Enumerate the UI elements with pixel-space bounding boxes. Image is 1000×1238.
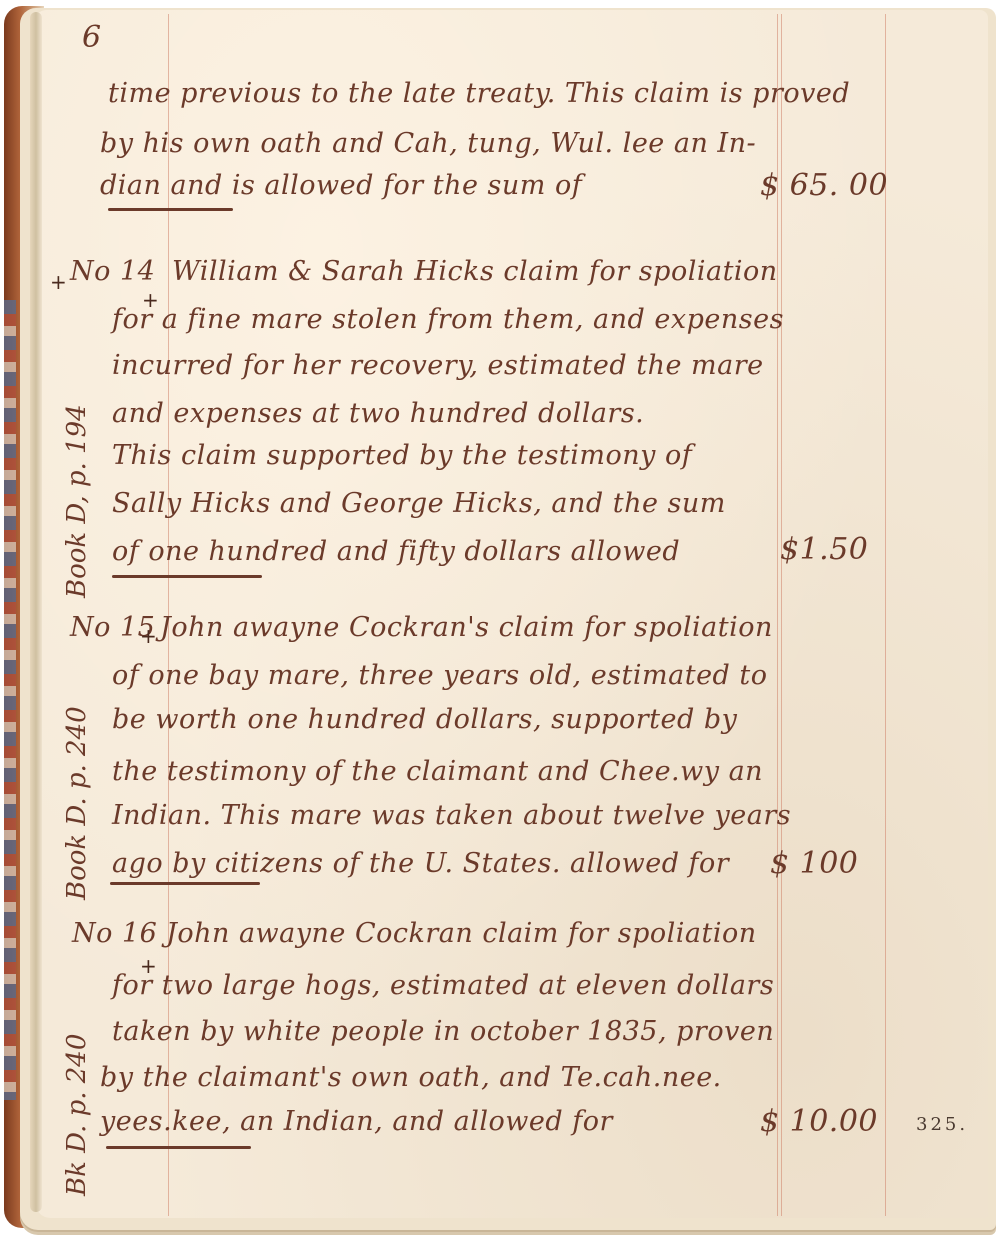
marbled-endpaper — [4, 300, 16, 1100]
continuation-line-1: time previous to the late treaty. This c… — [108, 78, 850, 109]
entry-15-line-4: the testimony of the claimant and Chee.w… — [112, 756, 763, 787]
separator-underline — [112, 575, 262, 578]
check-mark-icon: + — [50, 270, 67, 294]
entry-14-line-7: of one hundred and fifty dollars allowed — [112, 536, 680, 567]
page-number: 6 — [82, 20, 102, 55]
entry-14-amount: $1.50 — [780, 532, 868, 567]
entry-16-line-5: yees.kee, an Indian, and allowed for — [100, 1106, 613, 1137]
entry-16-amount: $ 10.00 — [760, 1104, 878, 1139]
entry-16-line-4: by the claimant's own oath, and Te.cah.n… — [100, 1062, 722, 1093]
entry-14-line-1: William & Sarah Hicks claim for spoliati… — [172, 256, 778, 287]
gutter-fold — [30, 12, 42, 1212]
margin-note-entry-16: Bk D. p. 240 — [62, 1034, 92, 1196]
continuation-amount: $ 65. 00 — [760, 168, 888, 203]
entry-15-line-3: be worth one hundred dollars, supported … — [112, 704, 737, 735]
entry-14-line-2: for a fine mare stolen from them, and ex… — [112, 304, 784, 335]
entry-15-line-5: Indian. This mare was taken about twelve… — [112, 800, 791, 831]
entry-15-amount: $ 100 — [770, 846, 858, 881]
continuation-line-2: by his own oath and Cah, tung, Wul. lee … — [100, 128, 756, 159]
entry-14-line-3: incurred for her recovery, estimated the… — [112, 350, 764, 381]
separator-underline — [108, 208, 233, 211]
entry-16-line-3: taken by white people in october 1835, p… — [112, 1016, 774, 1047]
entry-16-line-1: John awayne Cockran claim for spoliation — [166, 918, 757, 949]
entry-15-line-1: John awayne Cockran's claim for spoliati… — [160, 612, 773, 643]
entry-14-line-6: Sally Hicks and George Hicks, and the su… — [112, 488, 726, 519]
continuation-line-3: dian and is allowed for the sum of — [100, 170, 582, 201]
entry-16-line-2: for two large hogs, estimated at eleven … — [112, 970, 774, 1001]
folio-number: 325. — [916, 1114, 968, 1135]
separator-underline — [110, 882, 260, 885]
ledger-book: 6 time previous to the late treaty. This… — [0, 0, 1000, 1238]
entry-14-line-5: This claim supported by the testimony of — [112, 440, 692, 471]
check-mark-icon: + — [140, 624, 157, 648]
separator-underline — [106, 1146, 251, 1149]
entry-16-number: No 16 — [72, 918, 157, 949]
entry-15-line-2: of one bay mare, three years old, estima… — [112, 660, 768, 691]
entry-14-line-4: and expenses at two hundred dollars. — [112, 398, 644, 429]
entry-15-line-6: ago by citizens of the U. States. allowe… — [112, 848, 729, 879]
entry-14-number: No 14 — [70, 256, 155, 287]
margin-note-entry-15: Book D. p. 240 — [62, 706, 92, 900]
margin-note-entry-14: Book D, p. 194 — [62, 404, 92, 598]
